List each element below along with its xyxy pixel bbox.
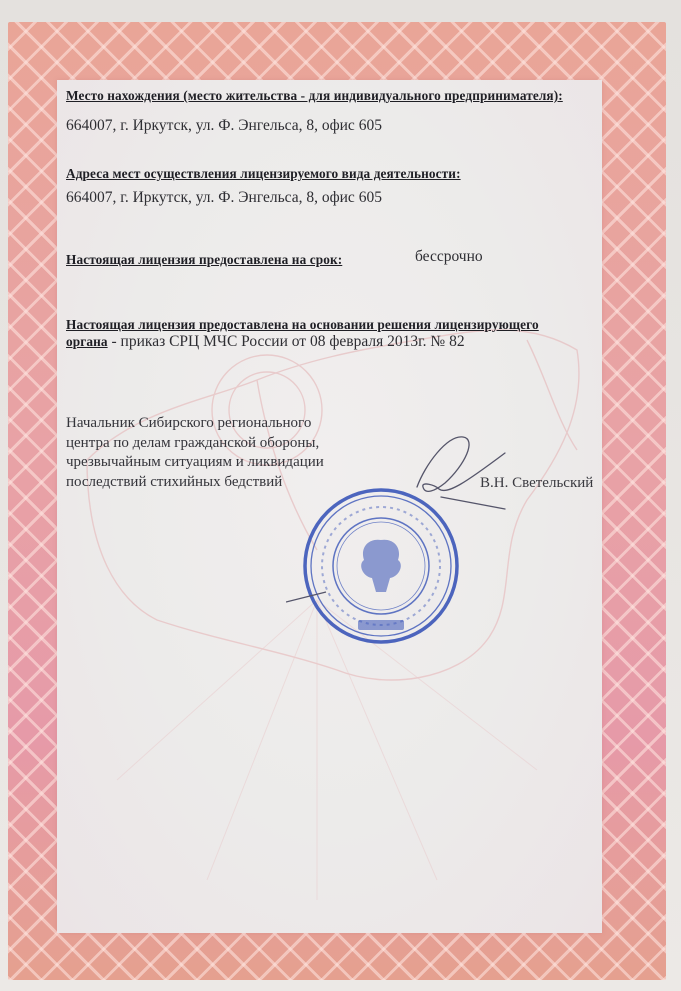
basis-line2: органа - приказ СРЦ МЧС России от 08 фев… bbox=[66, 333, 465, 351]
position-line: Начальник Сибирского регионального bbox=[66, 414, 324, 434]
position-line: чрезвычайным ситуациям и ликвидации bbox=[66, 453, 324, 473]
document-sheet: Место нахождения (место жительства - для… bbox=[0, 0, 681, 991]
activity-address-label: Адреса мест осуществления лицензируемого… bbox=[66, 166, 461, 182]
activity-address-value: 664007, г. Иркутск, ул. Ф. Энгельса, 8, … bbox=[66, 189, 382, 207]
position-line: центра по делам гражданской обороны, bbox=[66, 434, 324, 454]
term-label: Настоящая лицензия предоставлена на срок… bbox=[66, 252, 342, 268]
term-value: бессрочно bbox=[415, 248, 483, 266]
basis-value: - приказ СРЦ МЧС России от 08 февраля 20… bbox=[108, 333, 465, 350]
location-value: 664007, г. Иркутск, ул. Ф. Энгельса, 8, … bbox=[66, 117, 382, 135]
seal-stamp-icon bbox=[286, 480, 476, 645]
basis-label: Настоящая лицензия предоставлена на осно… bbox=[66, 317, 539, 333]
location-label: Место нахождения (место жительства - для… bbox=[66, 88, 563, 104]
basis-label-cont: органа bbox=[66, 334, 108, 349]
